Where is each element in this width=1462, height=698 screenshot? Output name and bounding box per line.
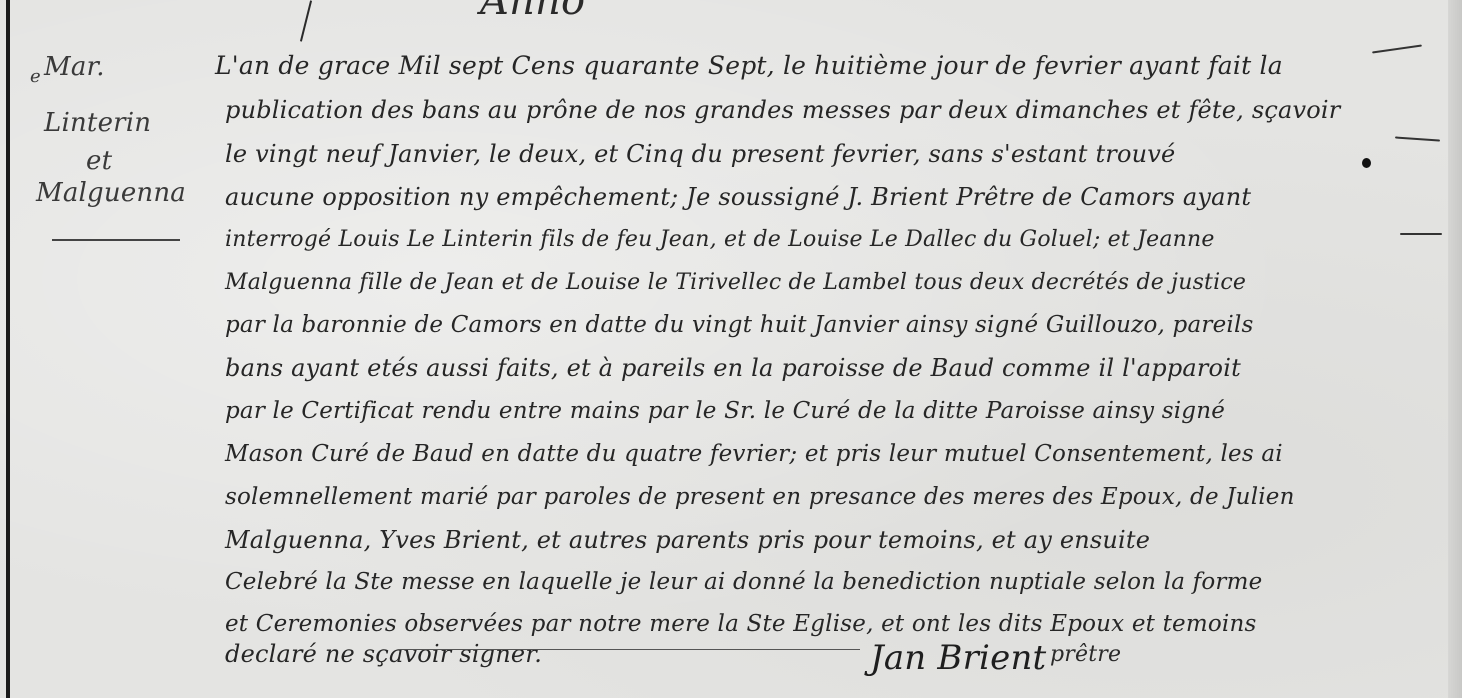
margin-prefix: e — [30, 66, 41, 87]
priest-signature: Jan Brient — [870, 638, 1046, 678]
signature-dash — [400, 649, 860, 650]
body-line-13: Celebré la Ste messe en laquelle je leur… — [225, 568, 1262, 596]
signature-title: prêtre — [1050, 642, 1121, 667]
body-line-3: le vingt neuf Janvier, le deux, et Cinq … — [225, 140, 1175, 168]
margin-line-2: Linterin — [44, 108, 151, 138]
margin-line-3: et — [86, 146, 112, 176]
register-page: Anno e Mar. Linterin et Malguenna L'an d… — [0, 0, 1462, 698]
body-line-15: declaré ne sçavoir signer. — [225, 640, 542, 668]
body-line-7: par la baronnie de Camors en datte du vi… — [225, 311, 1254, 339]
header-pen-stroke — [300, 0, 312, 41]
line-end-flourish — [1400, 233, 1442, 235]
line-end-flourish — [1372, 45, 1422, 54]
body-line-6: Malguenna fille de Jean et de Louise le … — [225, 269, 1246, 297]
body-line-9: par le Certificat rendu entre mains par … — [225, 397, 1225, 425]
page-binding-edge — [6, 0, 10, 698]
body-line-4: aucune opposition ny empêchement; Je sou… — [225, 183, 1251, 211]
page-right-edge — [1448, 0, 1462, 698]
header-fragment: Anno — [480, 0, 585, 24]
body-line-5: interrogé Louis Le Linterin fils de feu … — [225, 226, 1215, 254]
body-line-2: publication des bans au prône de nos gra… — [225, 96, 1340, 124]
body-line-8: bans ayant etés aussi faits, et à pareil… — [225, 354, 1241, 382]
body-line-12: Malguenna, Yves Brient, et autres parent… — [225, 526, 1150, 554]
margin-line-1: Mar. — [44, 52, 105, 82]
margin-underline — [52, 239, 180, 241]
body-line-14: et Ceremonies observées par notre mere l… — [225, 610, 1257, 638]
body-line-11: solemnellement marié par paroles de pres… — [225, 483, 1295, 511]
body-line-10: Mason Curé de Baud en datte du quatre fe… — [225, 440, 1283, 468]
ink-blot — [1362, 158, 1371, 168]
margin-line-4: Malguenna — [36, 178, 186, 208]
line-end-flourish — [1395, 136, 1440, 141]
body-line-1: L'an de grace Mil sept Cens quarante Sep… — [215, 52, 1283, 80]
